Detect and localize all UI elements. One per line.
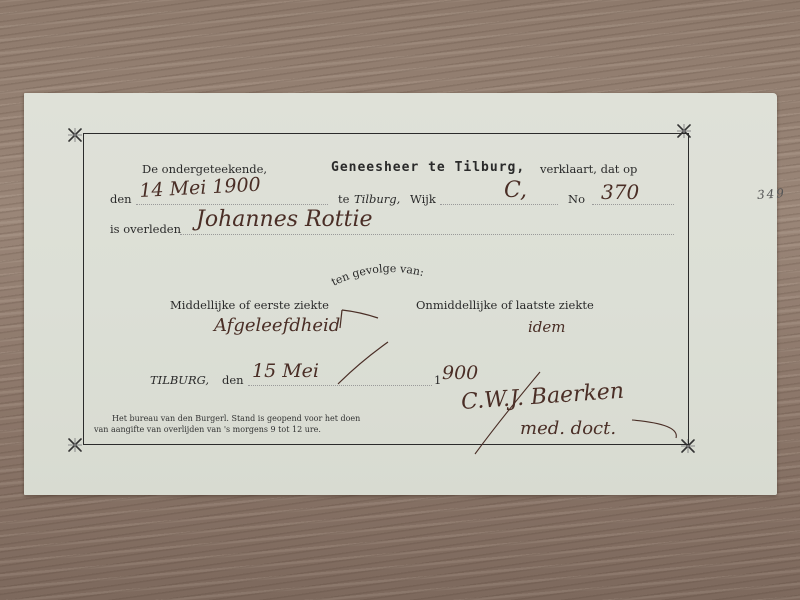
place-name: Tilburg, bbox=[354, 192, 400, 206]
den-label: den bbox=[110, 192, 132, 206]
page-number: 349 bbox=[757, 186, 787, 202]
signature-place: TILBURG, bbox=[150, 373, 209, 387]
signature-year-prefix: 1 bbox=[434, 373, 441, 387]
physician-title: Geneesheer te Tilburg, bbox=[331, 160, 525, 175]
deceased-label: is overleden bbox=[110, 222, 181, 236]
number-label: No bbox=[568, 192, 585, 206]
immediate-cause-label: Onmiddellijke of laatste ziekte bbox=[416, 298, 594, 312]
signature-den-label: den bbox=[222, 373, 244, 387]
declaration-suffix: verklaart, dat op bbox=[540, 162, 637, 176]
svg-text:ten gevolge van:: ten gevolge van: bbox=[329, 262, 425, 289]
wijk-label: Wijk bbox=[410, 192, 436, 206]
signature-date: 15 Mei bbox=[252, 360, 319, 382]
physician-role: med. doct. bbox=[520, 418, 616, 439]
mediate-cause-value: Afgeleefdheid bbox=[214, 315, 340, 336]
wijk-value: C, bbox=[504, 178, 527, 203]
corner-ornament-icon bbox=[67, 127, 83, 143]
consequence-heading: ten gevolge van: bbox=[318, 252, 468, 294]
office-hours-note-line1: Het bureau van den Burgerl. Stand is geo… bbox=[112, 414, 360, 423]
deceased-name: Johannes Rottie bbox=[196, 207, 373, 232]
corner-ornament-icon bbox=[67, 437, 83, 453]
signature-year: 900 bbox=[442, 362, 478, 384]
office-hours-note-line2: van aangifte van overlijden van 's morge… bbox=[94, 425, 321, 434]
te-label: te bbox=[338, 192, 349, 206]
mediate-cause-label: Middellijke of eerste ziekte bbox=[170, 298, 329, 312]
immediate-cause-value: idem bbox=[528, 318, 566, 336]
register-number: 370 bbox=[601, 180, 639, 204]
